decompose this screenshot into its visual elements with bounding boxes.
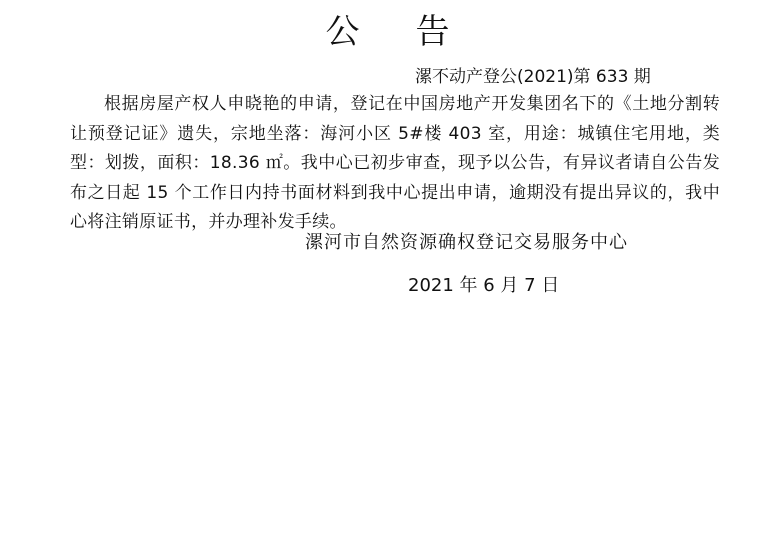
title-char-2: 告 [416,10,450,54]
issuer-name: 漯河市自然资源确权登记交易服务中心 [305,230,628,256]
notice-title: 公告 [0,10,775,54]
document-number: 漯不动产登公(2021)第 633 期 [415,66,651,88]
title-char-1: 公 [326,10,360,54]
notice-body: 根据房屋产权人申晓艳的申请，登记在中国房地产开发集团名下的《土地分割转让预登记证… [70,90,720,238]
notice-date: 2021 年 6 月 7 日 [408,273,559,299]
